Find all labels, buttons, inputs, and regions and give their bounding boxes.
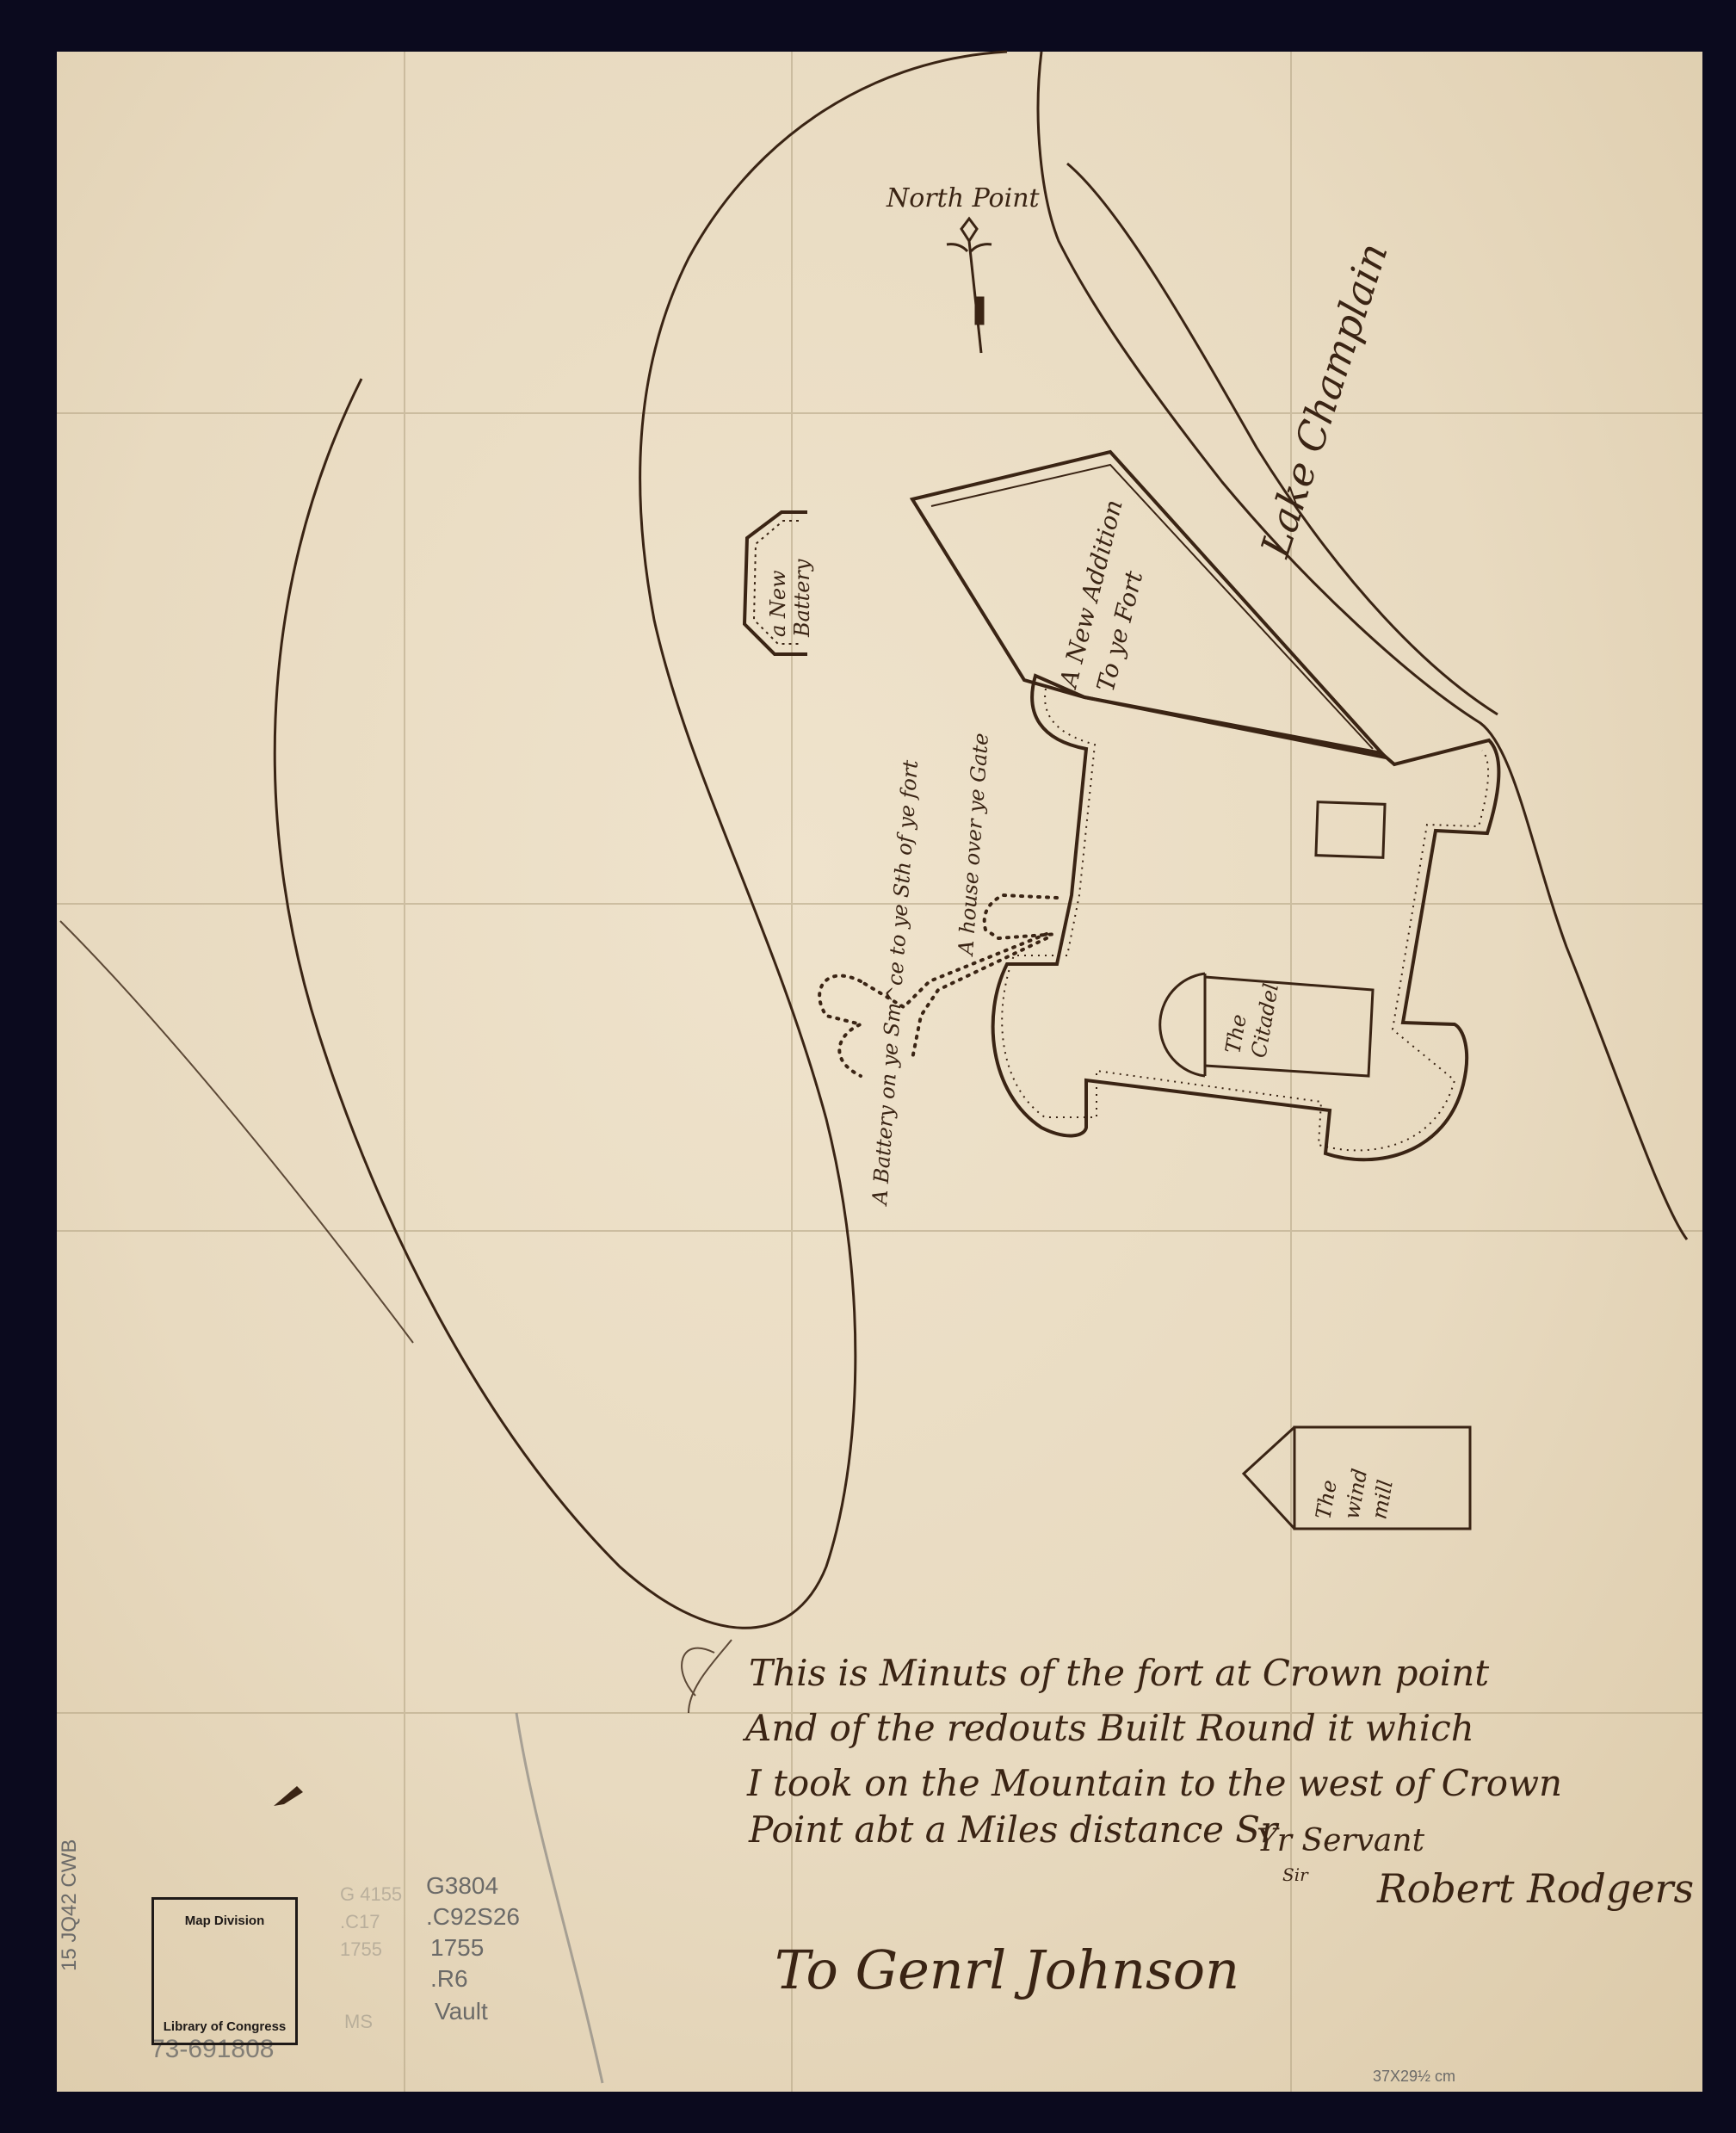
lake-shoreline-inner <box>1038 52 1687 1240</box>
closing-servant: Yr Servant <box>1257 1823 1425 1858</box>
svg-text:1755: 1755 <box>430 1934 484 1961</box>
svg-text:.C92S26: .C92S26 <box>426 1903 520 1930</box>
note-line-1: This is Minuts of the fort at Crown poin… <box>749 1652 1489 1694</box>
svg-text:1755: 1755 <box>340 1938 382 1960</box>
north-arrow-icon <box>947 219 992 353</box>
note-line-3: I took on the Mountain to the west of Cr… <box>746 1762 1562 1804</box>
dimensions-note: 37X29½ cm <box>1373 2068 1455 2085</box>
ink-blot <box>274 1786 303 1806</box>
library-stamp: Map Division Library of Congress <box>151 1897 298 2045</box>
citadel-label-1: The <box>1220 1012 1251 1055</box>
faint-call-number: G 4155 .C17 1755 MS <box>340 1883 402 2032</box>
call-number: G3804 .C92S26 1755 .R6 Vault <box>426 1872 520 2025</box>
signature: Robert Rodgers <box>1376 1865 1694 1912</box>
house-over-gate <box>819 895 1057 1076</box>
svg-text:MS: MS <box>344 2011 373 2032</box>
stamp-library: Library of Congress <box>154 2019 295 2034</box>
windmill-label-1: The <box>1311 1478 1342 1521</box>
margin-note: 15 JQ42 CWB <box>58 1839 81 1971</box>
stamp-division: Map Division <box>154 1914 295 1928</box>
lake-champlain-label: Lake Champlain <box>1251 238 1397 564</box>
svg-text:G3804: G3804 <box>426 1872 498 1899</box>
new-battery-label-1: a New <box>766 570 790 637</box>
new-battery: a New Battery <box>744 512 814 654</box>
windmill-label-3: mill <box>1367 1478 1398 1521</box>
svg-text:G 4155: G 4155 <box>340 1883 402 1905</box>
svg-text:.R6: .R6 <box>430 1965 468 1992</box>
new-battery-label-2: Battery <box>790 559 814 638</box>
house-over-gate-label: A house over ye Gate <box>954 733 993 958</box>
pencil-line <box>516 1713 602 2083</box>
closing-sir: Sir <box>1282 1864 1309 1885</box>
north-point-label: North Point <box>886 183 1041 213</box>
note-line-2: And of the redouts Built Round it which <box>742 1707 1474 1749</box>
crown-point-fort <box>993 676 1499 1159</box>
map-drawing: North Point Lake Champlain a New Battery… <box>0 0 1736 2133</box>
addressee: To Genrl Johnson <box>775 1938 1239 2001</box>
note-line-4: Point abt a Miles distance Sr <box>748 1808 1280 1851</box>
svg-text:Vault: Vault <box>435 1998 488 2025</box>
battery-southwest-label: A Battery on ye Sm^ce to ye Sth of ye fo… <box>868 759 923 1208</box>
citadel-label-2: Citadel <box>1246 981 1283 1060</box>
svg-text:.C17: .C17 <box>340 1911 380 1932</box>
road-line <box>60 921 413 1343</box>
note-paragraph: This is Minuts of the fort at Crown poin… <box>682 1640 1562 1851</box>
